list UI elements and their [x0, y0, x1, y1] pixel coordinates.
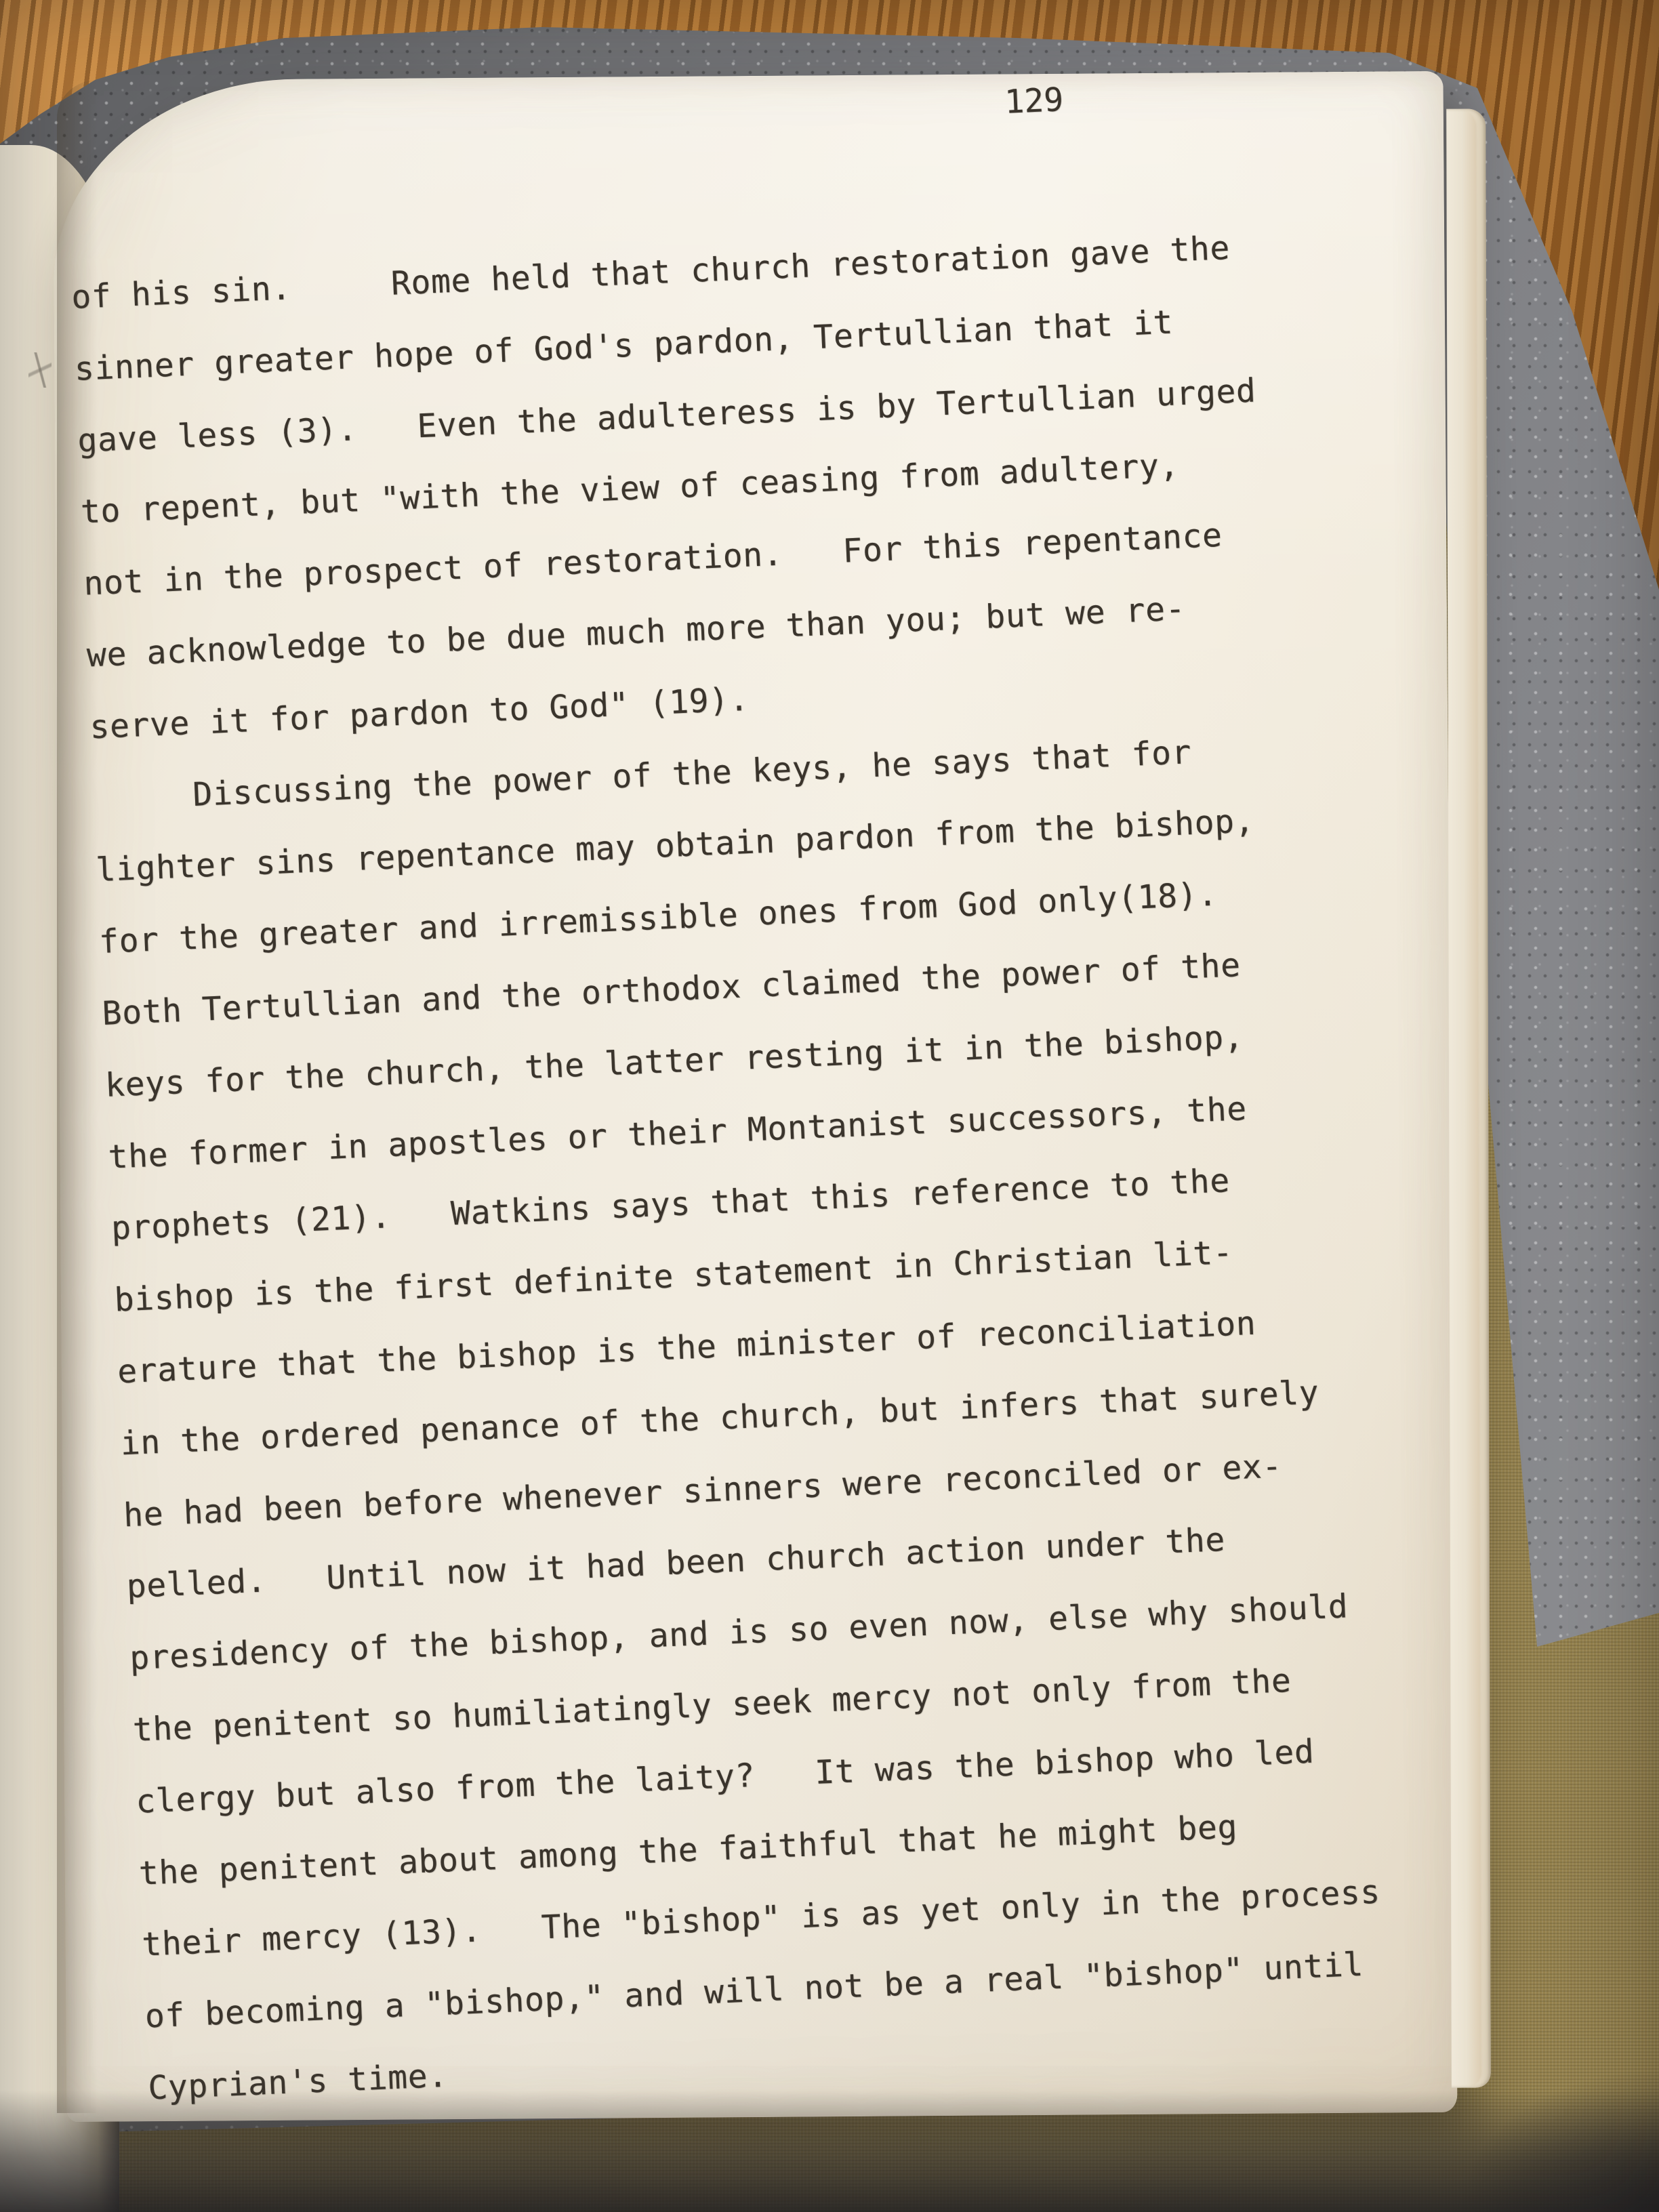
page-number: 129 [1004, 72, 1065, 130]
manuscript-page: 129 of his sin. Rome held that church re… [53, 71, 1458, 2122]
typed-text-block: 129 of his sin. Rome held that church re… [64, 58, 1477, 2125]
pencil-mark [28, 352, 52, 388]
typed-lines: of his sin. Rome held that church restor… [64, 58, 1477, 2125]
gutter-shadow [57, 80, 98, 2113]
photo-scene: 129 of his sin. Rome held that church re… [0, 0, 1659, 2212]
